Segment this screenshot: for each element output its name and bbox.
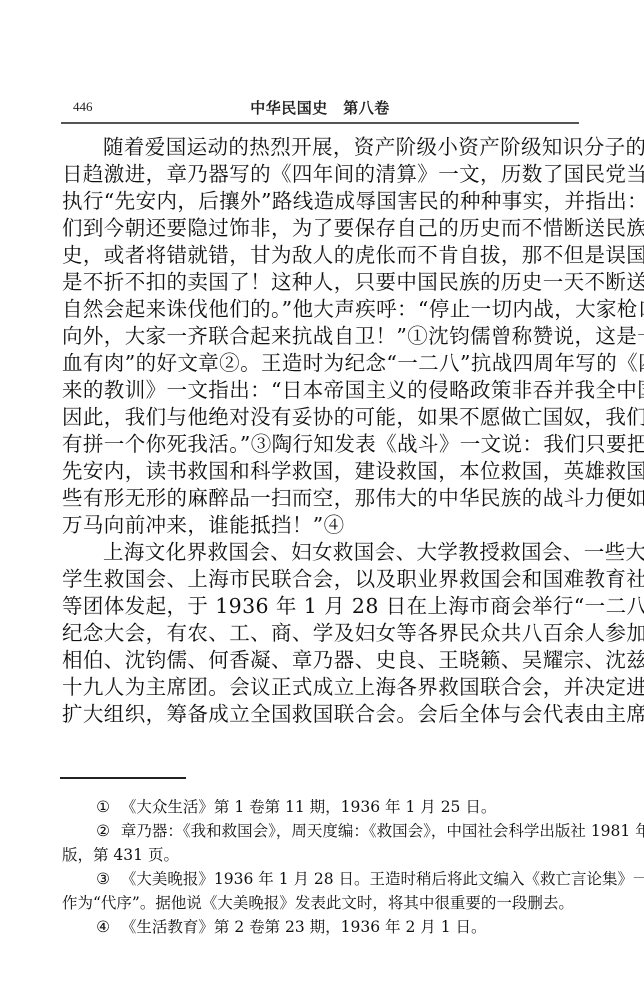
- body-text: 随着爱国运动的热烈开展，资产阶级小资产阶级知识分子的思想 日趋激进，章乃器写的《…: [62, 134, 580, 728]
- body-line: 来的教训》一文指出：“日本帝国主义的侵略政策非吞并我全中国不止。: [62, 377, 580, 404]
- body-line: 万马向前冲来，谁能抵挡！”④: [62, 512, 580, 539]
- body-line: 们到今朝还要隐过饰非，为了要保存自己的历史而不惜断送民族的历: [62, 215, 580, 242]
- footnote-rule: [60, 777, 186, 779]
- body-line: 日趋激进，章乃器写的《四年间的清算》一文，历数了国民党当局四年来: [62, 161, 580, 188]
- header-rule: [61, 122, 579, 124]
- body-line: 相伯、沈钧儒、何香凝、章乃器、史良、王晓籁、吴耀宗、沈兹九、张一麐等: [62, 647, 580, 674]
- footnote-text: 章乃器：《我和救国会》，周天度编：《救国会》，中国社会科学出版社 1981 年: [121, 822, 644, 840]
- body-line: 因此，我们与他绝对没有妥协的可能，如果不愿做亡国奴，我们与它只: [62, 404, 580, 431]
- body-line: 自然会起来诛伐他们的。”他大声疾呼：“停止一切内战，大家枪口一齐: [62, 296, 580, 323]
- footnote-text: 《生活教育》第 2 卷第 23 期，1936 年 2 月 1 日。: [121, 918, 487, 936]
- page-header: 446 中华民国史 第八卷: [61, 95, 579, 121]
- body-line: 先安内，读书救国和科学救国，建设救国，本位救国，英雄救国等等，“这: [62, 458, 580, 485]
- body-line: 执行“先安内，后攘外”路线造成辱国害民的种种事实，并指出：“倘使他: [62, 188, 580, 215]
- footnote-2: ②章乃器：《我和救国会》，周天度编：《救国会》，中国社会科学出版社 1981 年: [62, 819, 580, 843]
- footnote-mark: ④: [96, 915, 121, 939]
- body-line: 上海文化界救国会、妇女救国会、大学教授救国会、一些大中学校: [62, 539, 580, 566]
- footnotes: ①《大众生活》第 1 卷第 11 期，1936 年 1 月 25 日。 ②章乃器…: [62, 795, 580, 939]
- footnote-mark: ③: [96, 867, 121, 891]
- body-line: 些有形无形的麻醉品一扫而空，那伟大的中华民族的战斗力便如千军: [62, 485, 580, 512]
- body-line: 史，或者将错就错，甘为敌人的虎伥而不肯自拔，那不但是误国，而实在: [62, 242, 580, 269]
- footnote-3-cont: 作为“代序”。据他说《大美晚报》发表此文时，将其中很重要的一段删去。: [62, 891, 580, 915]
- body-line: 有拼一个你死我活。”③陶行知发表《战斗》一文说：我们只要把攘外必: [62, 431, 580, 458]
- body-line: 扩大组织，筹备成立全国救国联合会。会后全体与会代表由主席团: [62, 701, 580, 728]
- footnote-1: ①《大众生活》第 1 卷第 11 期，1936 年 1 月 25 日。: [62, 795, 580, 819]
- footnote-mark: ②: [96, 819, 121, 843]
- body-line: 学生救国会、上海市民联合会，以及职业界救国会和国难教育社筹备会: [62, 566, 580, 593]
- footnote-4: ④《生活教育》第 2 卷第 23 期，1936 年 2 月 1 日。: [62, 915, 580, 939]
- footnote-2-cont: 版，第 431 页。: [62, 843, 580, 867]
- body-line: 血有肉”的好文章②。王造时为纪念“一二八”抗战四周年写的《四年以: [62, 350, 580, 377]
- body-line: 等团体发起，于 1936 年 1 月 28 日在上海市商会举行“一二八”四周年: [62, 593, 580, 620]
- body-line: 十九人为主席团。会议正式成立上海各界救国联合会，并决定进一步: [62, 674, 580, 701]
- body-line: 纪念大会，有农、工、商、学及妇女等各界民众共八百余人参加，公推马: [62, 620, 580, 647]
- running-title: 中华民国史 第八卷: [61, 97, 579, 118]
- body-line: 随着爱国运动的热烈开展，资产阶级小资产阶级知识分子的思想: [62, 134, 580, 161]
- body-line: 是不折不扣的卖国了！这种人，只要中国民族的历史一天不断送，民众: [62, 269, 580, 296]
- footnote-mark: ①: [96, 795, 121, 819]
- footnote-3: ③《大美晚报》1936 年 1 月 28 日。王造时稍后将此文编入《救亡言论集》…: [62, 867, 580, 891]
- footnote-text: 《大美晚报》1936 年 1 月 28 日。王造时稍后将此文编入《救亡言论集》一…: [121, 870, 644, 888]
- footnote-text: 《大众生活》第 1 卷第 11 期，1936 年 1 月 25 日。: [121, 798, 496, 816]
- body-line: 向外，大家一齐联合起来抗战自卫！”①沈钧儒曾称赞说，这是一篇“有: [62, 323, 580, 350]
